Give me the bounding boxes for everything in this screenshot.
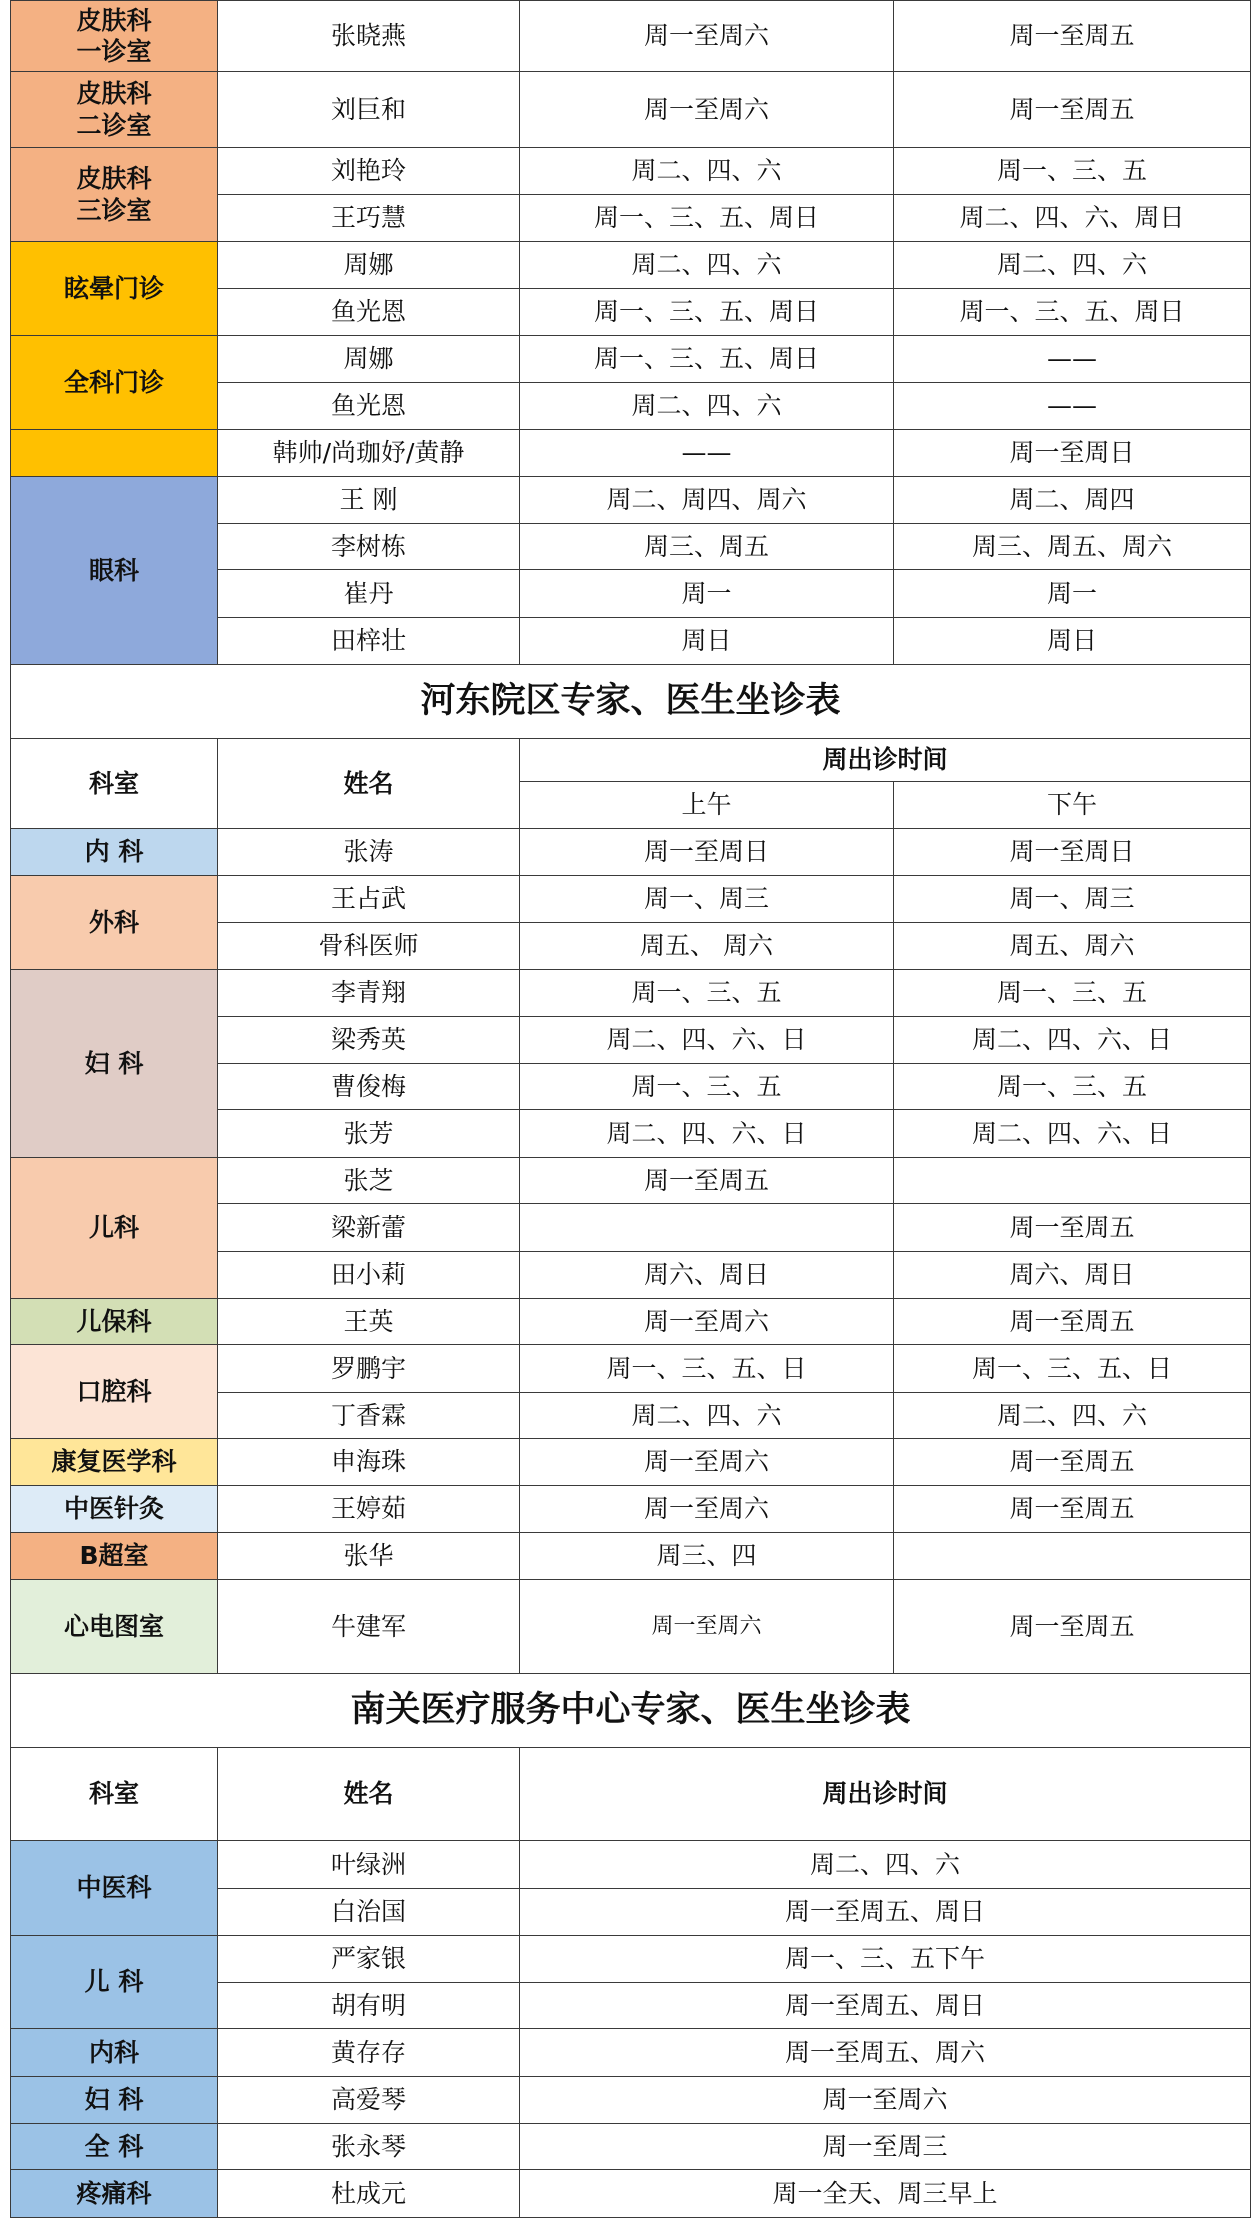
doctor-name: 曹俊梅 — [217, 1063, 520, 1110]
am-schedule: 周三、四 — [519, 1532, 894, 1580]
doctor-name: 牛建军 — [217, 1579, 520, 1674]
header-dept: 科室 — [10, 738, 218, 829]
am-schedule: 周一、三、五 — [519, 1063, 894, 1110]
doctor-name: 王 刚 — [217, 476, 520, 524]
header-time: 周出诊时间 — [519, 738, 1251, 782]
am-schedule: 周二、四、六 — [519, 241, 894, 289]
doctor-name: 严家银 — [217, 1935, 520, 1983]
header-name: 姓名 — [217, 738, 520, 829]
doctor-name: 王英 — [217, 1298, 520, 1345]
am-schedule: 周一至周六 — [519, 71, 894, 148]
dept-cell: 康复医学科 — [10, 1438, 218, 1486]
am-schedule: 周六、周日 — [519, 1251, 894, 1299]
weekly-schedule: 周一至周三 — [519, 2123, 1251, 2170]
am-schedule: 周一至周六 — [519, 1579, 894, 1674]
pm-schedule: 周一至周五 — [893, 1579, 1251, 1674]
pm-schedule: 周一、三、五 — [893, 969, 1251, 1017]
pm-schedule: 周一至周五 — [893, 1485, 1251, 1533]
am-schedule: 周一、周三 — [519, 875, 894, 923]
doctor-name: 梁新蕾 — [217, 1203, 520, 1252]
am-schedule: 周二、四、六 — [519, 382, 894, 430]
doctor-name: 田小莉 — [217, 1251, 520, 1299]
doctor-name: 张芳 — [217, 1109, 520, 1158]
pm-schedule: 周一 — [893, 569, 1251, 618]
am-schedule: 周二、四、六 — [519, 1392, 894, 1439]
dept-cell: 全 科 — [10, 2123, 218, 2170]
pm-schedule: 周二、四、六 — [893, 1392, 1251, 1439]
am-schedule: 周一、三、五、日 — [519, 1344, 894, 1393]
header-time: 周出诊时间 — [519, 1747, 1251, 1841]
dept-cell: 心电图室 — [10, 1579, 218, 1674]
pm-schedule: 周一至周五 — [893, 1203, 1251, 1252]
header-dept: 科室 — [10, 1747, 218, 1841]
schedule-sheet: 皮肤科 一诊室皮肤科 二诊室皮肤科 三诊室眩晕门诊全科门诊眼科张晓燕周一至周六周… — [0, 0, 1260, 2220]
weekly-schedule: 周一至周五、周六 — [519, 2028, 1251, 2077]
section-title: 河东院区专家、医生坐诊表 — [10, 664, 1251, 739]
doctor-name: 韩帅/尚珈妤/黄静 — [217, 429, 520, 477]
am-schedule: 周一至周六 — [519, 0, 894, 72]
doctor-name: 鱼光恩 — [217, 382, 520, 430]
pm-schedule: 周一至周日 — [893, 429, 1251, 477]
doctor-name: 刘巨和 — [217, 71, 520, 148]
doctor-name: 张晓燕 — [217, 0, 520, 72]
pm-schedule: 周三、周五、周六 — [893, 523, 1251, 570]
pm-schedule: 周一至周五 — [893, 1438, 1251, 1486]
dept-cell: 口腔科 — [10, 1344, 218, 1439]
pm-schedule: 周一、周三 — [893, 875, 1251, 923]
dept-cell: 儿保科 — [10, 1298, 218, 1345]
dept-cell: 内科 — [10, 2028, 218, 2077]
doctor-name: 丁香霖 — [217, 1392, 520, 1439]
dept-cell: 全科门诊 — [10, 335, 218, 430]
dept-cell: 皮肤科 一诊室 — [10, 0, 218, 72]
doctor-name: 张永琴 — [217, 2123, 520, 2170]
doctor-name: 崔丹 — [217, 569, 520, 618]
pm-schedule: —— — [893, 335, 1251, 383]
pm-schedule — [893, 1532, 1251, 1580]
dept-cell: 外科 — [10, 875, 218, 970]
doctor-name: 胡有明 — [217, 1982, 520, 2029]
dept-cell: 妇 科 — [10, 2076, 218, 2124]
pm-schedule: —— — [893, 382, 1251, 430]
am-schedule: 周三、周五 — [519, 523, 894, 570]
doctor-name: 李树栋 — [217, 523, 520, 570]
doctor-name: 杜成元 — [217, 2169, 520, 2218]
pm-schedule: 周日 — [893, 617, 1251, 665]
pm-schedule: 周二、周四 — [893, 476, 1251, 524]
doctor-name: 白治国 — [217, 1888, 520, 1936]
weekly-schedule: 周一全天、周三早上 — [519, 2169, 1251, 2218]
pm-schedule: 周二、四、六、日 — [893, 1016, 1251, 1064]
doctor-name: 骨科医师 — [217, 922, 520, 970]
dept-cell: 中医针灸 — [10, 1485, 218, 1533]
weekly-schedule: 周一至周五、周日 — [519, 1888, 1251, 1936]
doctor-name: 田梓壮 — [217, 617, 520, 665]
doctor-name: 张涛 — [217, 828, 520, 876]
pm-schedule: 周二、四、六、日 — [893, 1109, 1251, 1158]
doctor-name: 申海珠 — [217, 1438, 520, 1486]
header-am: 上午 — [519, 781, 894, 829]
pm-schedule: 周一至周五 — [893, 1298, 1251, 1345]
pm-schedule: 周六、周日 — [893, 1251, 1251, 1299]
am-schedule: 周二、周四、周六 — [519, 476, 894, 524]
doctor-name: 张芝 — [217, 1157, 520, 1204]
pm-schedule: 周一至周五 — [893, 0, 1251, 72]
am-schedule: 周一至周六 — [519, 1438, 894, 1486]
pm-schedule: 周一、三、五、周日 — [893, 288, 1251, 336]
pm-schedule: 周一、三、五、日 — [893, 1344, 1251, 1393]
doctor-name: 叶绿洲 — [217, 1840, 520, 1889]
am-schedule: 周日 — [519, 617, 894, 665]
am-schedule — [519, 1203, 894, 1252]
am-schedule: 周一 — [519, 569, 894, 618]
dept-cell: 疼痛科 — [10, 2169, 218, 2218]
pm-schedule — [893, 1157, 1251, 1204]
weekly-schedule: 周一至周六 — [519, 2076, 1251, 2124]
dept-cell — [10, 429, 218, 477]
doctor-name: 罗鹏宇 — [217, 1344, 520, 1393]
doctor-name: 黄存存 — [217, 2028, 520, 2077]
dept-cell: 皮肤科 三诊室 — [10, 147, 218, 242]
doctor-name: 鱼光恩 — [217, 288, 520, 336]
dept-cell: 皮肤科 二诊室 — [10, 71, 218, 148]
am-schedule: 周一、三、五、周日 — [519, 194, 894, 242]
doctor-name: 李青翔 — [217, 969, 520, 1017]
pm-schedule: 周一、三、五 — [893, 147, 1251, 195]
pm-schedule: 周二、四、六 — [893, 241, 1251, 289]
am-schedule: 周一至周日 — [519, 828, 894, 876]
doctor-name: 周娜 — [217, 335, 520, 383]
pm-schedule: 周一、三、五 — [893, 1063, 1251, 1110]
am-schedule: 周一至周六 — [519, 1298, 894, 1345]
am-schedule: 周一、三、五 — [519, 969, 894, 1017]
pm-schedule: 周一至周五 — [893, 71, 1251, 148]
doctor-name: 高爱琴 — [217, 2076, 520, 2124]
dept-cell: 中医科 — [10, 1840, 218, 1936]
dept-cell: 儿 科 — [10, 1935, 218, 2029]
am-schedule: 周一至周六 — [519, 1485, 894, 1533]
dept-cell: 儿科 — [10, 1157, 218, 1299]
dept-cell: 内 科 — [10, 828, 218, 876]
dept-cell: 妇 科 — [10, 969, 218, 1158]
am-schedule: 周一、三、五、周日 — [519, 288, 894, 336]
doctor-name: 刘艳玲 — [217, 147, 520, 195]
dept-cell: 眩晕门诊 — [10, 241, 218, 336]
dept-cell: 眼科 — [10, 476, 218, 665]
doctor-name: 周娜 — [217, 241, 520, 289]
weekly-schedule: 周一至周五、周日 — [519, 1982, 1251, 2029]
header-pm: 下午 — [893, 781, 1251, 829]
doctor-name: 张华 — [217, 1532, 520, 1580]
weekly-schedule: 周一、三、五下午 — [519, 1935, 1251, 1983]
doctor-name: 王婷茹 — [217, 1485, 520, 1533]
doctor-name: 梁秀英 — [217, 1016, 520, 1064]
weekly-schedule: 周二、四、六 — [519, 1840, 1251, 1889]
doctor-name: 王占武 — [217, 875, 520, 923]
am-schedule: 周一、三、五、周日 — [519, 335, 894, 383]
doctor-name: 王巧慧 — [217, 194, 520, 242]
pm-schedule: 周二、四、六、周日 — [893, 194, 1251, 242]
am-schedule: 周二、四、六 — [519, 147, 894, 195]
am-schedule: 周二、四、六、日 — [519, 1016, 894, 1064]
header-name: 姓名 — [217, 1747, 520, 1841]
am-schedule: 周一至周五 — [519, 1157, 894, 1204]
am-schedule: 周五、 周六 — [519, 922, 894, 970]
am-schedule: —— — [519, 429, 894, 477]
pm-schedule: 周五、周六 — [893, 922, 1251, 970]
dept-cell: B超室 — [10, 1532, 218, 1580]
am-schedule: 周二、四、六、日 — [519, 1109, 894, 1158]
section-title: 南关医疗服务中心专家、医生坐诊表 — [10, 1673, 1251, 1748]
pm-schedule: 周一至周日 — [893, 828, 1251, 876]
